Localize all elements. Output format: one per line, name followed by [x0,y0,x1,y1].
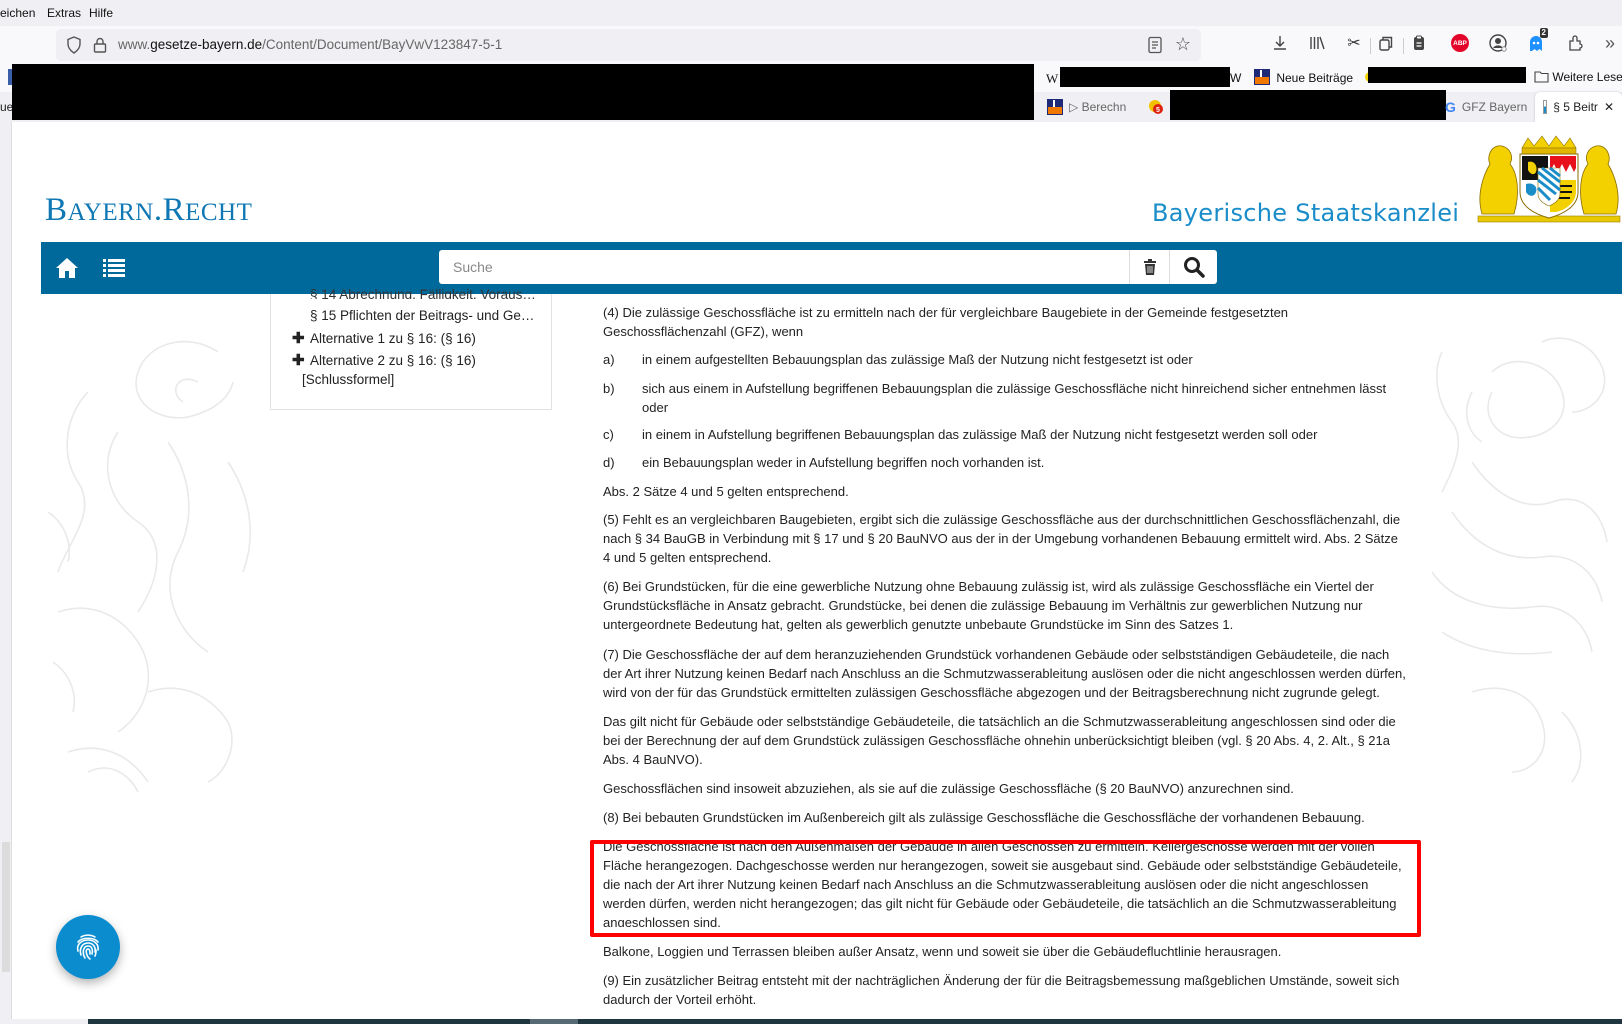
paragraph-5: (5) Fehlt es an vergleichbaren Baugebiet… [603,510,1408,567]
bookmark-w[interactable]: W [1046,71,1058,87]
bookmark-star-icon[interactable]: ☆ [1175,35,1191,53]
lion-watermark-icon [28,312,278,812]
paragraph-8-c: Balkone, Loggien und Terrassen bleiben a… [603,942,1408,961]
redacted-area [12,92,1034,120]
search-input[interactable] [439,250,1129,284]
tab-label: § 5 Beitr [1553,100,1598,114]
menu-item-hilfe[interactable]: Hilfe [89,6,113,20]
web-page: BAYERN.RECHT Bayerische Staatskanzlei [14,122,1622,1020]
close-tab-icon[interactable]: ✕ [1604,100,1614,114]
paragraph-7: (7) Die Geschossfläche der auf dem heran… [603,645,1408,702]
search-box [439,250,1217,284]
home-icon[interactable] [55,256,79,280]
svg-text:5: 5 [1156,107,1160,114]
toc-item-schlussformel[interactable]: [Schlussformel] [302,372,532,387]
cut-icon[interactable]: ✂ [1342,31,1366,55]
bookmark-label: Neue Beiträge [1276,71,1353,85]
taskbar-edge [0,1019,1622,1024]
adblock-plus-icon[interactable]: ABP [1448,31,1472,55]
url-text[interactable]: www.gesetze-bayern.de/Content/Document/B… [118,37,502,52]
tab-strip: ue ▷ Berechn 5 G GFZ Bayern § 5 Beitr ✕ [0,92,1622,122]
scrollbar-thumb[interactable] [2,842,10,972]
ghostery-badge: 2 [1540,28,1548,38]
forum-favicon [1047,99,1063,115]
bavarian-coat-of-arms-icon [1476,134,1622,224]
table-of-contents-panel: § 14 Abrechnung, Fälligkeit, Vorausz… § … [270,294,552,410]
accessibility-fingerprint-button[interactable] [56,915,120,979]
toc-label: Alternative 1 zu § 16: (§ 16) [310,331,476,346]
table-of-contents-icon[interactable] [103,257,125,279]
menu-bar: eichen Extras Hilfe [0,0,1622,26]
address-bar[interactable]: www.gesetze-bayern.de/Content/Document/B… [56,29,1201,61]
library-icon[interactable] [1305,31,1329,55]
ghostery-icon[interactable]: 2 [1524,31,1548,55]
paragraph-7-b: Das gilt nicht für Gebäude oder selbstst… [603,712,1408,769]
tab-berechnung[interactable]: ▷ Berechn [1047,92,1157,122]
trash-icon [1143,259,1157,275]
forum-favicon [1254,69,1270,85]
expand-icon[interactable]: ✚ [292,351,310,369]
account-icon[interactable] [1486,31,1510,55]
bookmark-neue-beitraege[interactable]: Neue Beiträge [1254,69,1353,85]
paragraph-4: (4) Die zulässige Geschossfläche ist zu … [603,303,1408,341]
sidebar-scrollbar[interactable] [0,122,12,1024]
menu-item-extras[interactable]: Extras [47,6,81,20]
toc-label: Alternative 2 zu § 16: (§ 16) [310,353,476,368]
paragraph-9: (9) Ein zusätzlicher Beitrag entsteht mi… [603,971,1408,1009]
expand-icon[interactable]: ✚ [292,329,310,347]
paragraph-6: (6) Bei Grundstücken, für die eine gewer… [603,577,1408,634]
google-icon: G [1445,99,1456,115]
bookmarks-toolbar: W W Neue Beiträge Weitere Lesez [0,64,1622,92]
search-button[interactable] [1169,250,1217,284]
redacted-bookmark [1368,67,1526,83]
redacted-bookmark [1060,67,1230,87]
paste-icon[interactable] [1407,31,1431,55]
clear-search-button[interactable] [1129,250,1169,284]
lion-watermark-icon [1412,312,1622,812]
paragraph-7-c: Geschossflächen sind insoweit abzuziehen… [603,779,1408,798]
tab-active-beitrag[interactable]: § 5 Beitr ✕ [1535,92,1622,122]
navigation-toolbar: www.gesetze-bayern.de/Content/Document/B… [0,26,1622,64]
toolbar-separator [1370,38,1371,54]
paragraph-8: (8) Bei bebauten Grundstücken im Außenbe… [603,808,1408,827]
menu-item-lesezeichen[interactable]: eichen [0,6,35,20]
folder-icon [1534,70,1549,83]
site-navigation-bar [41,242,1622,294]
bookmark-folder-label: Weitere Lesez [1552,70,1622,84]
fingerprint-icon [73,932,103,962]
toc-item-alternative-2[interactable]: ✚Alternative 2 zu § 16: (§ 16) [292,351,532,369]
bayern-recht-logo[interactable]: BAYERN.RECHT [45,192,252,229]
copy-icon[interactable] [1374,31,1398,55]
lock-icon[interactable] [92,36,108,54]
taskbar-item[interactable] [530,1019,578,1024]
reader-view-icon[interactable] [1147,36,1163,54]
redacted-area [12,64,1034,92]
download-icon[interactable] [1268,31,1292,55]
bookmark-w-suffix[interactable]: W [1230,71,1241,85]
toc-item-14[interactable]: § 14 Abrechnung, Fälligkeit, Vorausz… [310,287,540,299]
tab-gfz-bayern[interactable]: G GFZ Bayern [1445,92,1535,122]
tab-label: ▷ Berechn [1069,100,1126,114]
adblock-label: ABP [1451,34,1469,52]
tab-label: GFZ Bayern [1462,100,1527,114]
taskbar [88,1019,1622,1024]
redacted-tab [1170,90,1446,120]
publisher-title: Bayerische Staatskanzlei [1152,199,1459,227]
bavaria-favicon [1543,100,1547,114]
paragraph-4-tail: Abs. 2 Sätze 4 und 5 gelten entsprechend… [603,482,1408,501]
tracking-protection-shield-icon[interactable] [66,36,82,54]
tab-favicon: 5 [1148,99,1164,115]
search-icon [1183,256,1205,278]
overflow-menu-icon[interactable]: » [1598,31,1622,55]
toc-item-15[interactable]: § 15 Pflichten der Beitrags- und Geb… [310,308,540,323]
bookmark-folder-weitere[interactable]: Weitere Lesez [1534,70,1622,84]
toolbar-separator [1403,38,1404,54]
toc-item-alternative-1[interactable]: ✚Alternative 1 zu § 16: (§ 16) [292,329,532,347]
paragraph-8-highlighted: Die Geschossfläche ist nach den Außenmaß… [603,837,1408,927]
extensions-icon[interactable] [1564,31,1588,55]
